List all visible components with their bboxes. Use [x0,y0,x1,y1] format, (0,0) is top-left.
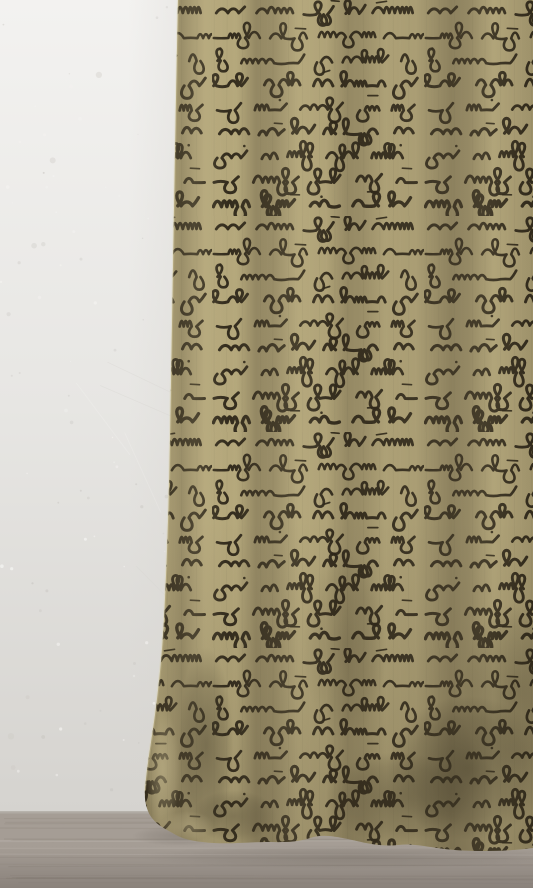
hem-shading [140,520,533,860]
product-photo [0,0,533,888]
scene-photo [0,0,533,888]
curtain-panel [140,0,533,860]
